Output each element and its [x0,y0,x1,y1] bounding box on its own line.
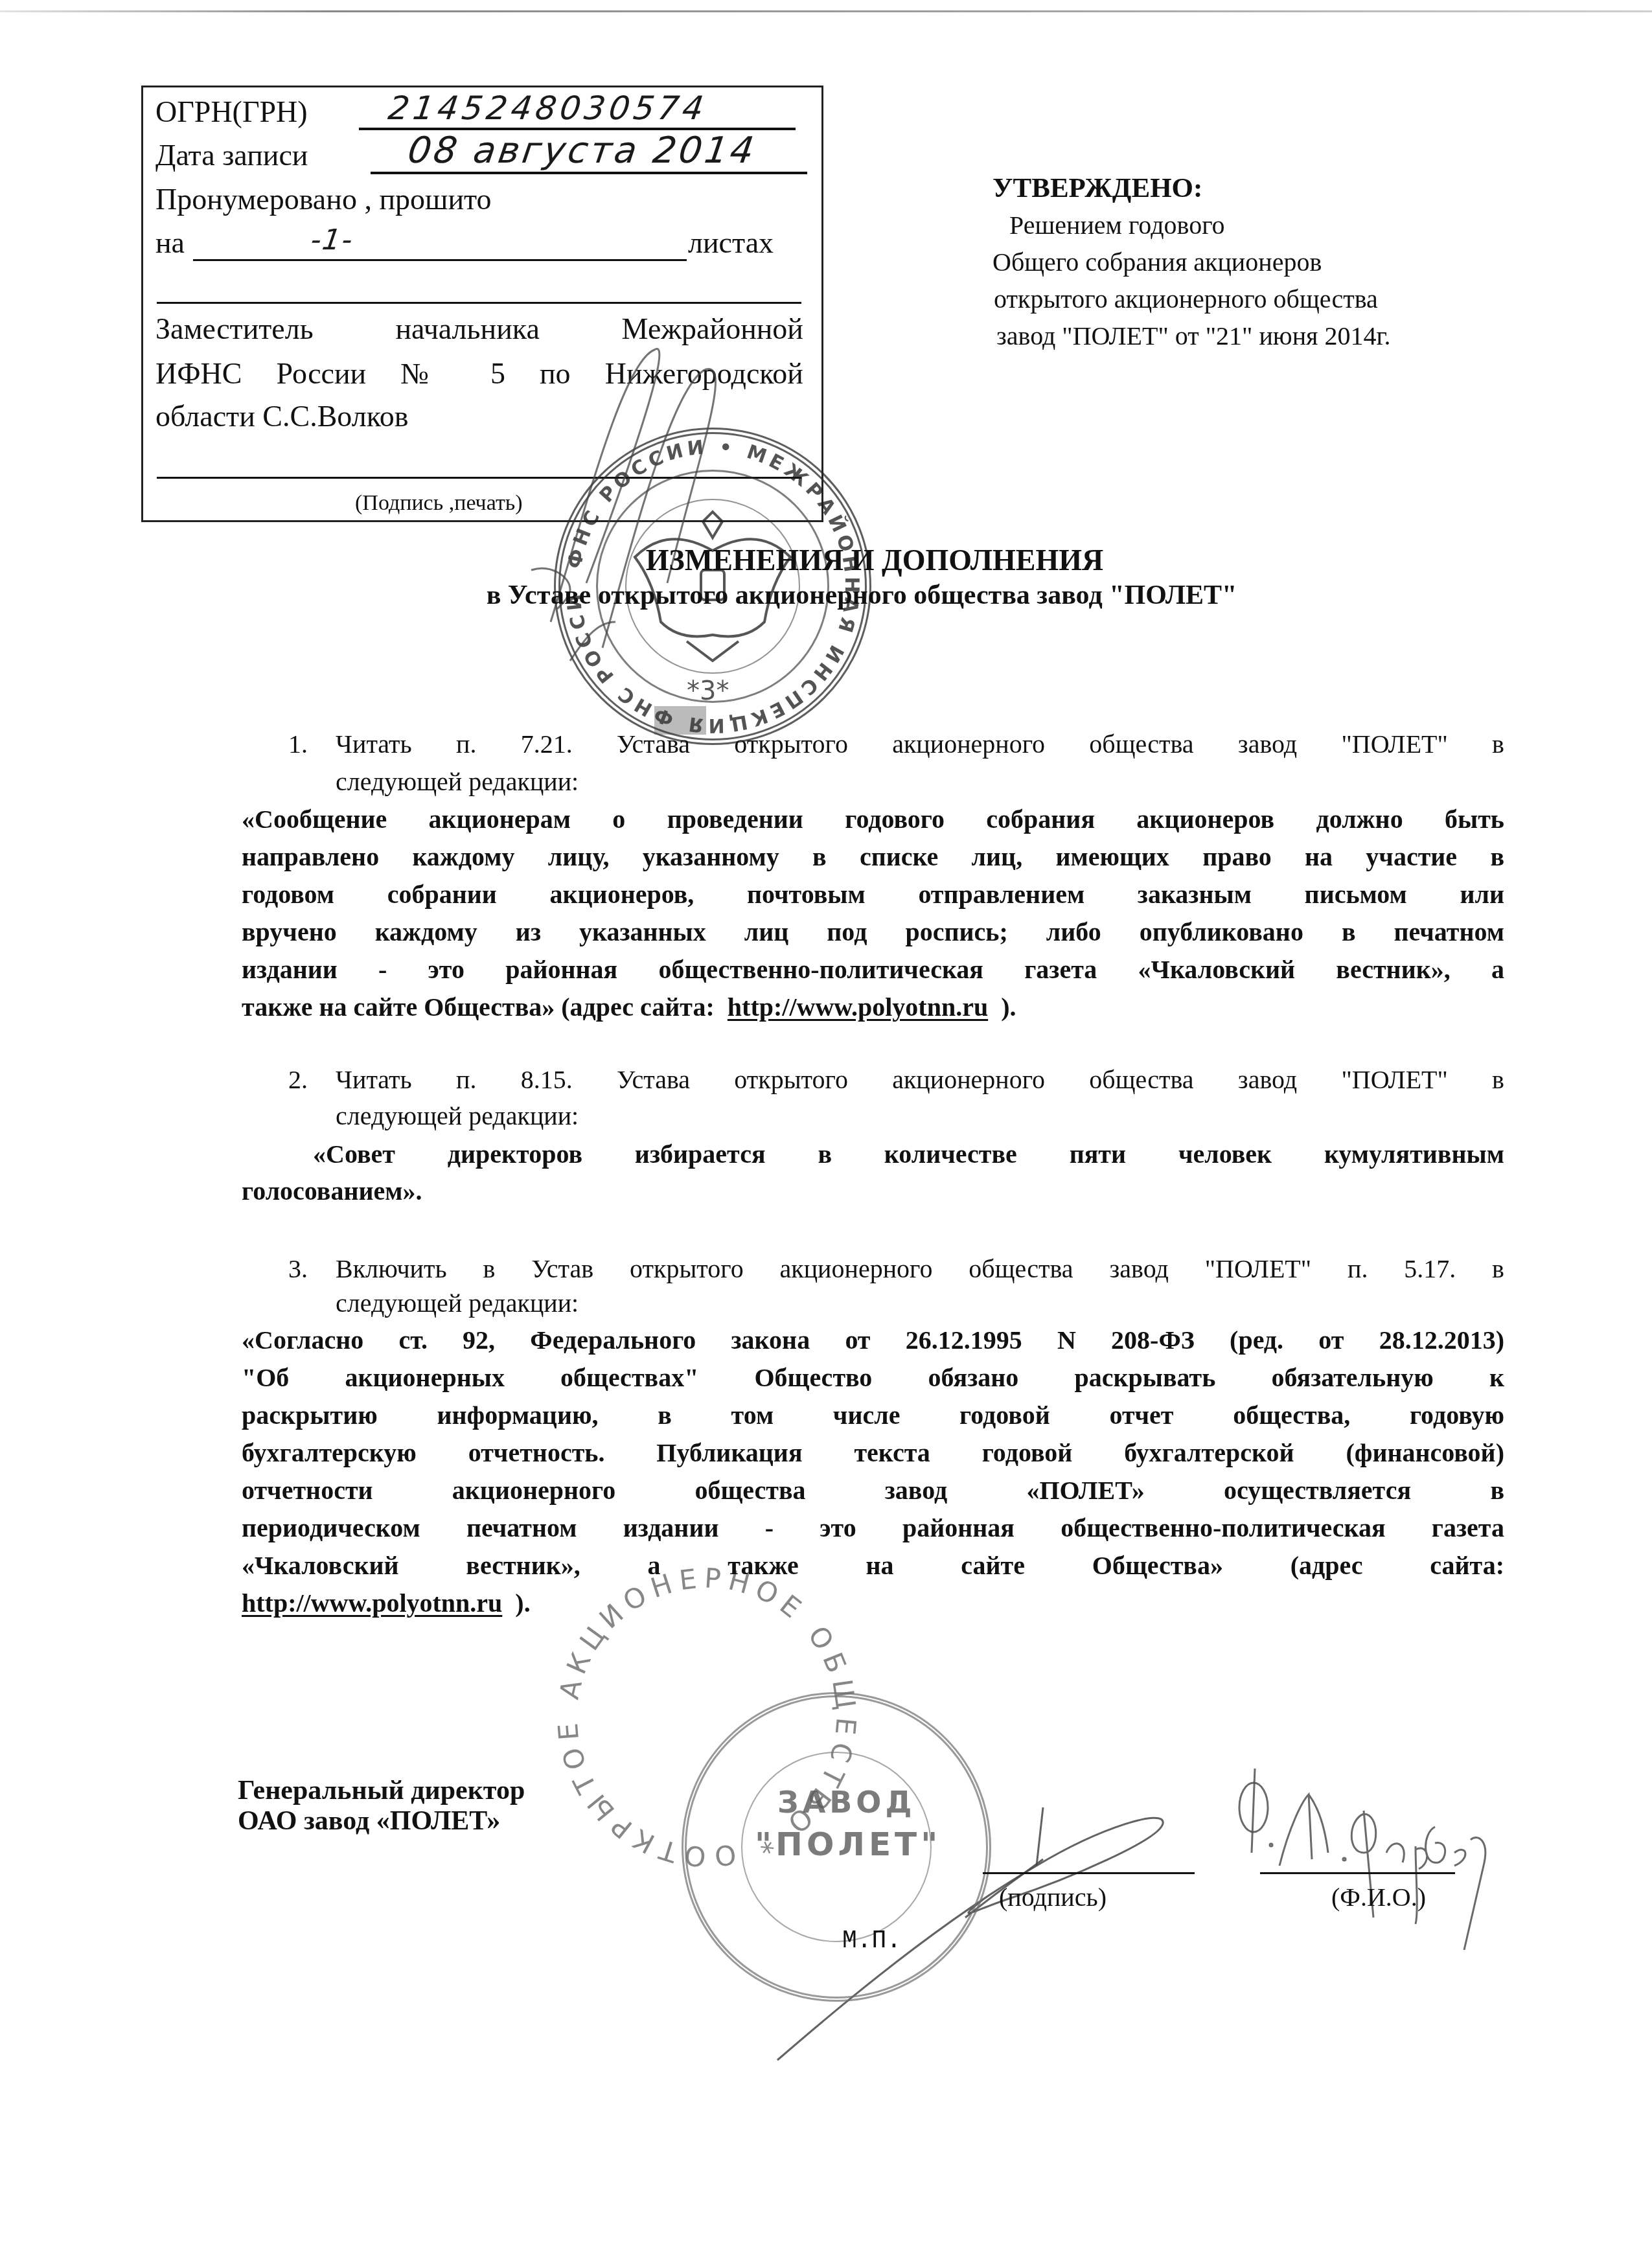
ogrn-label: ОГРН(ГРН) [155,97,308,127]
item-1-text-line: годовом собрании акционеров, почтовым от… [242,876,1504,913]
item-3-text-line: периодическом печатном издании - это рай… [242,1509,1504,1547]
item-1-heading: Читать п. 7.21. Устава открытого акционе… [336,726,1504,763]
item-1-last-suffix: ). [988,992,1016,1022]
item-1-number: 1. [288,726,308,763]
name-caption: (Ф.И.О.) [1331,1882,1426,1912]
item-3-last-line: http://www.polyotnn.ru ). [242,1585,531,1622]
item-1-text-line: «Сообщение акционерам о проведении годов… [242,801,1504,838]
company-seal-center-line-1: ЗАВОД [777,1785,915,1820]
item-3-website-link[interactable]: http://www.polyotnn.ru [242,1588,502,1618]
item-1-text-line: издании - это районная общественно-полит… [242,951,1504,989]
item-3-text-line: отчетности акционерного общества завод «… [242,1472,1504,1509]
official-title-line-1: Заместитель начальника Межрайонной [155,314,803,347]
item-3-text-line: "Об акционерных обществах" Общество обяз… [242,1359,1504,1397]
item-3-number: 3. [288,1250,308,1288]
item-3-text-line: бухгалтерскую отчетность. Публикация тек… [242,1434,1504,1472]
item-3-heading-cont: следующей редакции: [336,1285,579,1322]
approval-line-3: открытого акционерного общества [994,281,1378,317]
sheets-prefix: на [155,228,185,258]
item-3-text-line: «Чкаловский вестник», а также на сайте О… [242,1547,1504,1585]
date-underline [371,172,807,174]
item-1-heading-cont: следующей редакции: [336,763,579,801]
sheets-underline [193,259,687,261]
item-2-last-line: голосованием». [242,1173,422,1210]
seal-place-mark: М.П. [842,1927,901,1955]
approval-line-1: Решением годового [1009,207,1225,244]
scan-edge [0,10,1652,12]
director-position-line-2: ОАО завод «ПОЛЕТ» [238,1805,500,1837]
approval-title: УТВЕРЖДЕНО: [992,170,1202,207]
ogrn-handwritten-value: 2145248030574 [386,89,710,127]
sheets-suffix: листах [688,228,774,258]
item-3-text-line: раскрытию информацию, в том числе годово… [242,1397,1504,1434]
item-2-text-line: «Совет директоров избирается в количеств… [313,1136,1504,1173]
date-handwritten-value: 08 августа 2014 [405,130,759,172]
item-2-number: 2. [288,1061,308,1099]
item-3-last-suffix: ). [502,1588,530,1618]
item-1-website-link[interactable]: http://www.polyotnn.ru [728,992,988,1022]
item-1-last-line: также на сайте Общества» (адрес сайта: h… [242,989,1016,1026]
numbered-label: Пронумеровано , прошито [155,185,492,214]
item-1-text-line: направлено каждому лицу, указанному в сп… [242,838,1504,876]
document-title: ИЗМЕНЕНИЯ И ДОПОЛНЕНИЯ [0,543,1652,577]
approval-line-2: Общего собрания акционеров [992,244,1322,281]
company-seal-center-line-2: "ПОЛЕТ" [755,1826,941,1863]
official-title-line-2: ИФНС России № 5 по Нижегородской [155,359,803,391]
item-3-heading: Включить в Устав открытого акционерного … [336,1250,1504,1288]
sheets-handwritten-value: -1- [308,223,356,257]
item-2-heading-cont: следующей редакции: [336,1097,579,1135]
item-3-text-line: «Согласно ст. 92, Федерального закона от… [242,1322,1504,1359]
approval-line-4: завод "ПОЛЕТ" от "21" июня 2014г. [996,317,1390,354]
signature-caption: (подпись) [999,1882,1107,1912]
director-position-line-1: Генеральный директор [238,1775,525,1806]
box-separator-top [157,302,801,304]
signature-line [983,1872,1195,1874]
item-2-heading: Читать п. 8.15. Устава открытого акционе… [336,1061,1504,1099]
official-title-line-3: области С.С.Волков [155,402,408,431]
name-line [1260,1872,1455,1874]
box-signature-caption: (Подпись ,печать) [355,491,523,516]
document-subtitle: в Уставе открытого акционерного общества… [0,580,1652,611]
date-label: Дата записи [155,141,308,170]
item-1-last-text: также на сайте Общества» (адрес сайта: [242,992,728,1022]
item-1-text-line: вручено каждому из указанных лиц под рос… [242,913,1504,951]
